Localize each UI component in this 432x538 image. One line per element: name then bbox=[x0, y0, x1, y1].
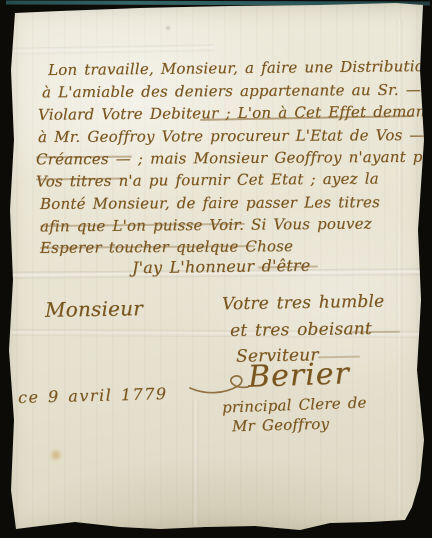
fold-crease-vertical-1 bbox=[192, 400, 199, 526]
body-line-8: afin que L'on puisse Voir. Si Vous pouve… bbox=[40, 214, 372, 237]
letter-paper: Lon travaille, Monsieur, a faire une Dis… bbox=[0, 0, 432, 538]
body-line-1: Lon travaille, Monsieur, a faire une Dis… bbox=[48, 56, 432, 80]
date-line: ce 9 avril 1779 bbox=[18, 384, 168, 407]
body-line-3: Violard Votre Debiteur ; L'on à Cet Effe… bbox=[38, 101, 432, 125]
signer-role-line-2: Mr Geoffroy bbox=[232, 415, 330, 436]
body-line-5: Créances — ; mais Monsieur Geoffroy n'ay… bbox=[36, 147, 432, 170]
closing-line: J'ay L'honneur d'être bbox=[132, 256, 311, 277]
body-line-6: Vos titres n'a pu fournir Cet Etat ; aye… bbox=[36, 169, 379, 192]
signer-role-line-1: principal Clere de bbox=[222, 393, 367, 416]
valediction-line-1: Votre tres humble bbox=[222, 292, 385, 315]
fold-crease-horizontal-3 bbox=[14, 44, 214, 54]
salutation: Monsieur bbox=[45, 296, 143, 322]
body-line-2: à L'amiable des deniers appartenante au … bbox=[42, 80, 421, 103]
body-line-7: Bonté Monsieur, de faire passer Les titr… bbox=[40, 192, 380, 214]
signature: Berier bbox=[247, 356, 350, 395]
valediction-line-2: et tres obeisant bbox=[230, 319, 372, 341]
body-line-9: Esperer toucher quelque Chose bbox=[40, 236, 293, 258]
photo-background: Lon travaille, Monsieur, a faire une Dis… bbox=[0, 0, 432, 538]
body-line-4: à Mr. Geoffroy Votre procureur L'Etat de… bbox=[38, 125, 425, 147]
